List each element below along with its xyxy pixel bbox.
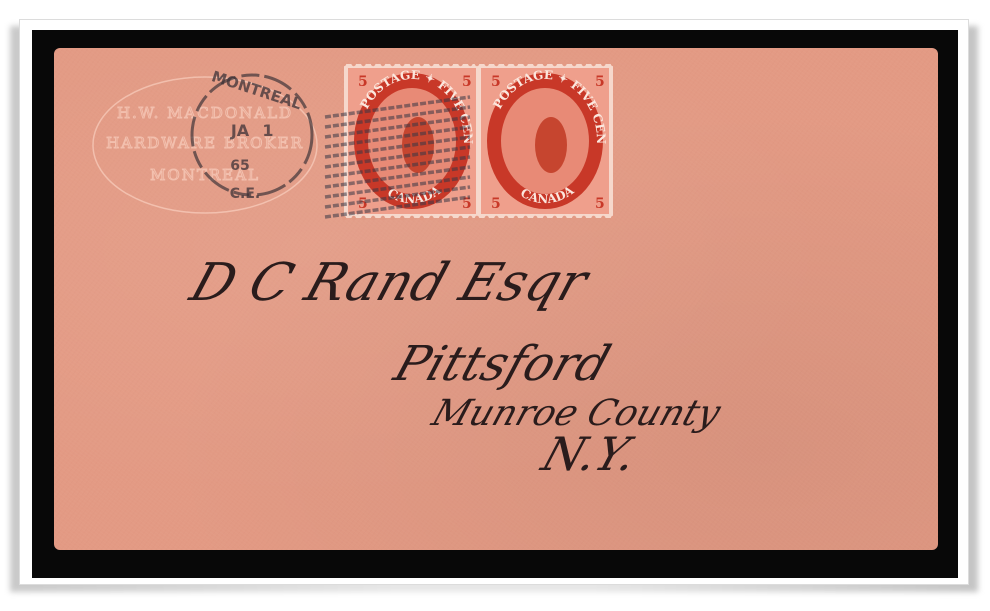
postmark-bottom: C.E. xyxy=(230,186,260,202)
emboss-line1: H.W. MACDONALD xyxy=(117,104,293,122)
address-line4: N.Y. xyxy=(535,428,644,482)
stamp-value-numeral: 5 xyxy=(358,74,368,90)
stamp-value-numeral: 5 xyxy=(595,196,605,212)
address-line2: Pittsford xyxy=(387,335,618,392)
stamp-2: POSTAGE ✦ FIVE CENTSCANADA5555 xyxy=(0,0,615,220)
address-block: D C Rand Esqr Pittsford Munroe County N.… xyxy=(182,251,726,481)
stamp-value-numeral: 5 xyxy=(595,74,605,90)
stamp-value-numeral: 5 xyxy=(462,74,472,90)
emboss-line2: HARDWARE BROKER xyxy=(106,134,304,152)
postmark-day: 1 xyxy=(262,121,273,140)
address-line1: D C Rand Esqr xyxy=(182,251,598,312)
stamp-value-numeral: 5 xyxy=(491,196,501,212)
stamp-pair: POSTAGE ✦ FIVE CENTSCANADA5555POSTAGE ✦ … xyxy=(0,0,615,220)
postmark-month: JA xyxy=(230,121,250,140)
postmark-year: 65 xyxy=(230,158,249,174)
stamp-value-numeral: 5 xyxy=(491,74,501,90)
envelope-markings: H.W. MACDONALD HARDWARE BROKER MONTREAL … xyxy=(0,0,990,611)
